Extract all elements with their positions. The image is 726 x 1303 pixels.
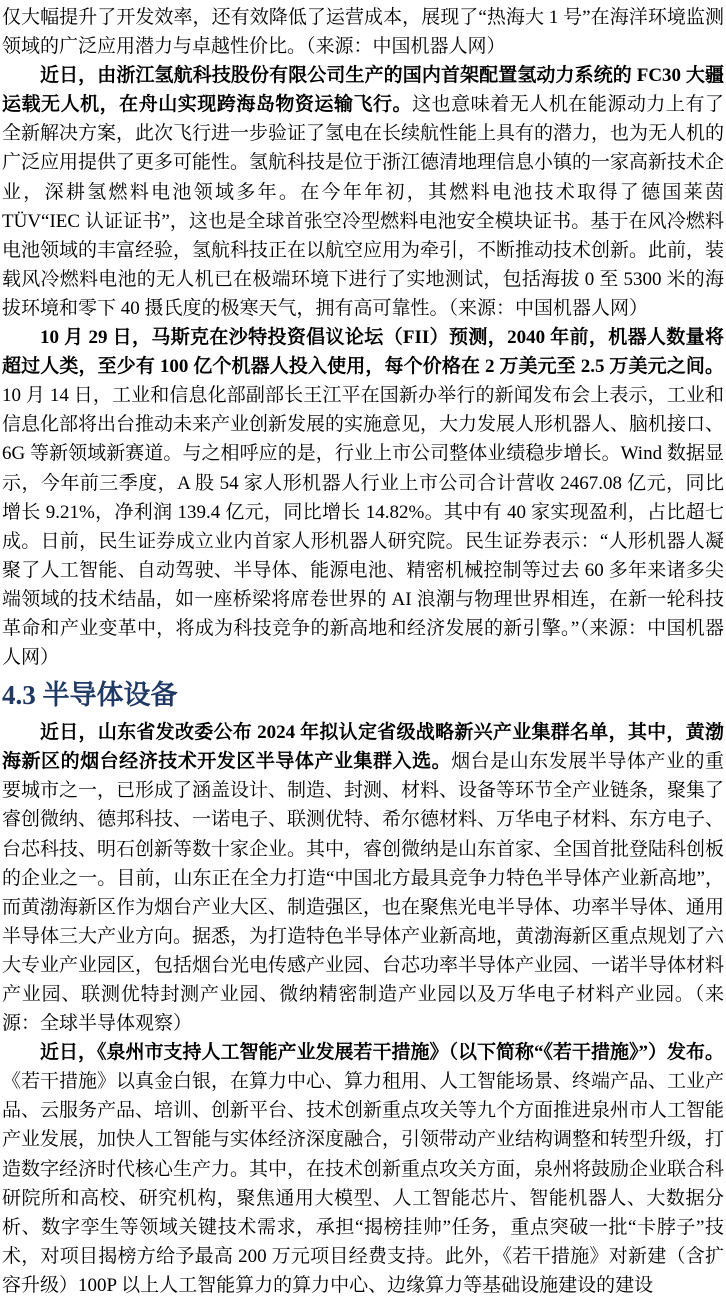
paragraph-body: 烟台是山东发展半导体产业的重要城市之一，已形成了涵盖设计、制造、封测、材料、设备… xyxy=(2,751,724,1034)
paragraph-rehaida-buoy-conclusion: 仅大幅提升了开发效率，还有效降低了运营成本，展现了“热海大 1 号”在海洋环境监… xyxy=(2,3,724,61)
paragraph-body: 这也意味着无人机在能源动力上有了全新解决方案，此次飞行进一步验证了氢电在长续航性… xyxy=(2,94,724,319)
paragraph-lead-bold: 10 月 29 日，马斯克在沙特投资倡议论坛（FII）预测，2040 年前，机器… xyxy=(2,327,724,377)
paragraph-musk-robot-forecast: 10 月 29 日，马斯克在沙特投资倡议论坛（FII）预测，2040 年前，机器… xyxy=(2,323,724,672)
paragraph-lead-bold: 近日，《泉州市支持人工智能产业发展若干措施》（以下简称“《若干措施》”）发布。 xyxy=(40,1042,724,1063)
paragraph-shandong-semiconductor-cluster: 近日，山东省发改委公布 2024 年拟认定省级战略新兴产业集群名单，其中，黄渤海… xyxy=(2,718,724,1038)
paragraph-body: 《若干措施》以真金白银，在算力中心、算力租用、人工智能场景、终端产品、工业产品、… xyxy=(2,1071,724,1296)
paragraph-body: 10 月 14 日，工业和信息化部副部长王江平在国新办举行的新闻发布会上表示，工… xyxy=(2,385,724,668)
paragraph-text: 仅大幅提升了开发效率，还有效降低了运营成本，展现了“热海大 1 号”在海洋环境监… xyxy=(2,7,724,57)
section-heading-semiconductor-equipment: 4.3 半导体设备 xyxy=(2,679,724,712)
document-page: 仅大幅提升了开发效率，还有效降低了运营成本，展现了“热海大 1 号”在海洋环境监… xyxy=(0,0,726,1303)
paragraph-quanzhou-ai-measures: 近日，《泉州市支持人工智能产业发展若干措施》（以下简称“《若干措施》”）发布。《… xyxy=(2,1038,724,1300)
paragraph-hydrogen-drone-news: 近日，由浙江氢航科技股份有限公司生产的国内首架配置氢动力系统的 FC30 大疆运… xyxy=(2,61,724,323)
